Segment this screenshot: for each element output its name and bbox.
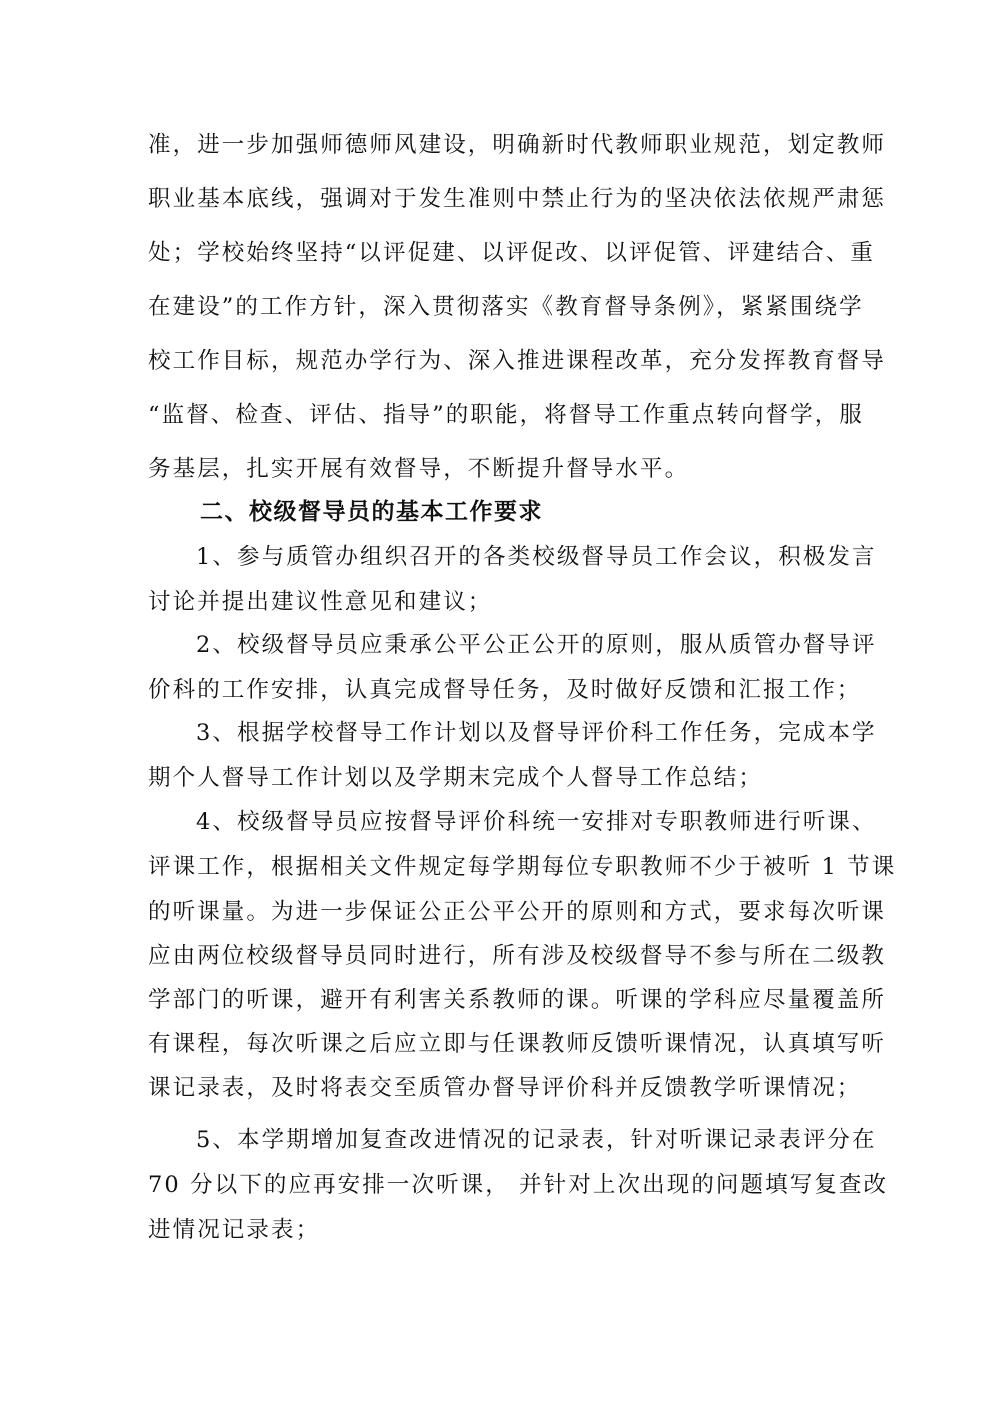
text-line: 3、根据学校督导工作计划以及督导评价科工作任务，完成本学: [196, 718, 848, 748]
text-line: 评课工作，根据相关文件规定每学期每位专职教师不少于被听 1 节课: [148, 852, 848, 882]
text-line: 70 分以下的应再安排一次听课， 并针对上次出现的问题填写复查改: [148, 1170, 848, 1200]
text-line: 处；学校始终坚持“以评促建、以评促改、以评促管、评建结合、重: [148, 238, 848, 268]
text-line: 务基层，扎实开展有效督导，不断提升督导水平。: [148, 454, 848, 484]
text-line: 学部门的听课，避开有利害关系教师的课。听课的学科应尽量覆盖所: [148, 985, 848, 1015]
text-line: 进情况记录表；: [148, 1215, 848, 1245]
text-line: 准，进一步加强师德师风建设，明确新时代教师职业规范，划定教师: [148, 130, 848, 160]
text-line: 的听课量。为进一步保证公正公平公开的原则和方式，要求每次听课: [148, 897, 848, 927]
text-line: 校工作目标，规范办学行为、深入推进课程改革，充分发挥教育督导: [148, 346, 848, 376]
text-line: 在建设”的工作方针，深入贯彻落实《教育督导条例》，紧紧围绕学: [148, 292, 848, 322]
text-line: 4、校级督导员应按督导评价科统一安排对专职教师进行听课、: [196, 807, 848, 837]
text-line: 期个人督导工作计划以及学期末完成个人督导工作总结；: [148, 763, 848, 793]
document-page: 准，进一步加强师德师风建设，明确新时代教师职业规范，划定教师 职业基本底线，强调…: [0, 0, 992, 1403]
text-line: 2、校级督导员应秉承公平公正公开的原则，服从质管办督导评: [196, 630, 848, 660]
text-line: 价科的工作安排，认真完成督导任务，及时做好反馈和汇报工作；: [148, 675, 848, 705]
text-line: 职业基本底线，强调对于发生准则中禁止行为的坚决依法依规严肃惩: [148, 184, 848, 214]
section-heading: 二、校级督导员的基本工作要求: [200, 497, 543, 527]
text-line: 课记录表，及时将表交至质管办督导评价科并反馈教学听课情况；: [148, 1073, 848, 1103]
text-line: 1、参与质管办组织召开的各类校级督导员工作会议，积极发言: [196, 542, 848, 572]
text-line: 讨论并提出建议性意见和建议；: [148, 587, 848, 617]
text-line: “监督、检查、评估、指导”的职能，将督导工作重点转向督学，服: [148, 400, 848, 430]
text-line: 应由两位校级督导员同时进行，所有涉及校级督导不参与所在二级教: [148, 941, 848, 971]
text-line: 5、本学期增加复查改进情况的记录表，针对听课记录表评分在: [196, 1125, 848, 1155]
text-line: 有课程，每次听课之后应立即与任课教师反馈听课情况，认真填写听: [148, 1029, 848, 1059]
